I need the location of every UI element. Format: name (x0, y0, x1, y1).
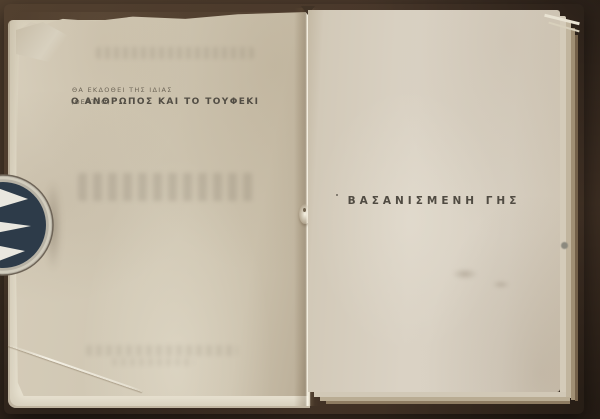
publisher-note-line1: ΘΑ ΕΚΔΟΘΕΙ ΤΗΣ ΙΔΙΑΣ (72, 86, 173, 94)
publisher-note-line2-text: Ο ΑΝΘΡΩΠΟΣ ΚΑΙ ΤΟ ΤΟΥΦΕΚΙ (71, 97, 259, 107)
page-stack-right-4 (575, 35, 578, 401)
fore-edge-spot (561, 242, 568, 249)
photo-open-book: ΘΑ ΕΚΔΟΘΕΙ ΤΗΣ ΙΔΙΑΣ Ο ΑΝΘΡΩΠΟΣ ΚΑΙ ΤΟ Τ… (0, 0, 600, 419)
gutter-tear-speck (303, 208, 306, 212)
publisher-note-line2: Ο ΑΝΘΡΩΠΟΣ ΚΑΙ ΤΟ ΤΟΥΦΕΚΙ (ΘΕΑΤΡΟ) (71, 97, 111, 107)
circular-sticker-badge (0, 172, 58, 280)
ink-speck (336, 194, 338, 196)
page-stack-bottom-3 (326, 401, 570, 404)
book-title: ΒΑΣΑΝΙΣΜΕΝΗ ΓΗΣ (308, 195, 560, 207)
